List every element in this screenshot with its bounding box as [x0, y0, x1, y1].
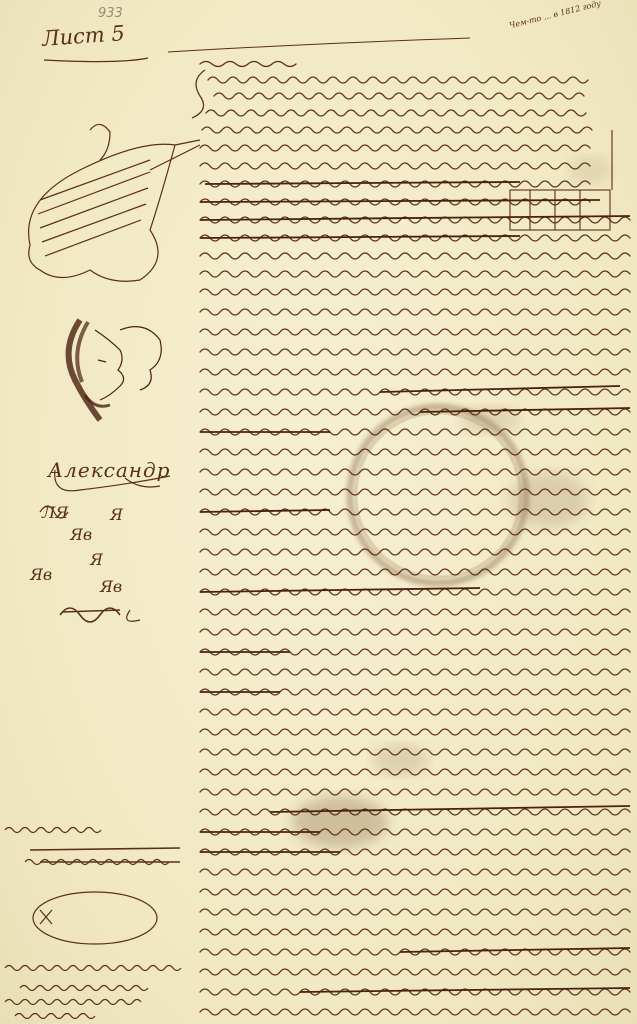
archive-number: 933: [98, 6, 123, 21]
signature-practice: Александр: [48, 458, 170, 482]
svg-text:Яв: Яв: [69, 525, 92, 544]
svg-text:ЛЯ: ЛЯ: [41, 503, 69, 522]
portrait-sketch: [69, 320, 162, 420]
strikethrough-lines: [200, 182, 630, 992]
main-text-lines: [200, 62, 630, 1016]
svg-text:Я: Я: [109, 505, 124, 524]
svg-text:Я: Я: [89, 550, 104, 569]
svg-text:Яв: Яв: [99, 577, 122, 596]
circled-note-top-left: [29, 124, 200, 281]
svg-text:Яв: Яв: [29, 565, 52, 584]
monogram-flourishes: ЛЯ Я Яв Я Яв Яв: [29, 470, 170, 622]
manuscript-page: ЛЯ Я Яв Я Яв Яв 933 Лист 5 Чем-то ... в …: [0, 0, 637, 1024]
handwriting-layer: ЛЯ Я Яв Я Яв Яв: [0, 0, 637, 1024]
bottom-left-notes: [5, 828, 181, 1019]
